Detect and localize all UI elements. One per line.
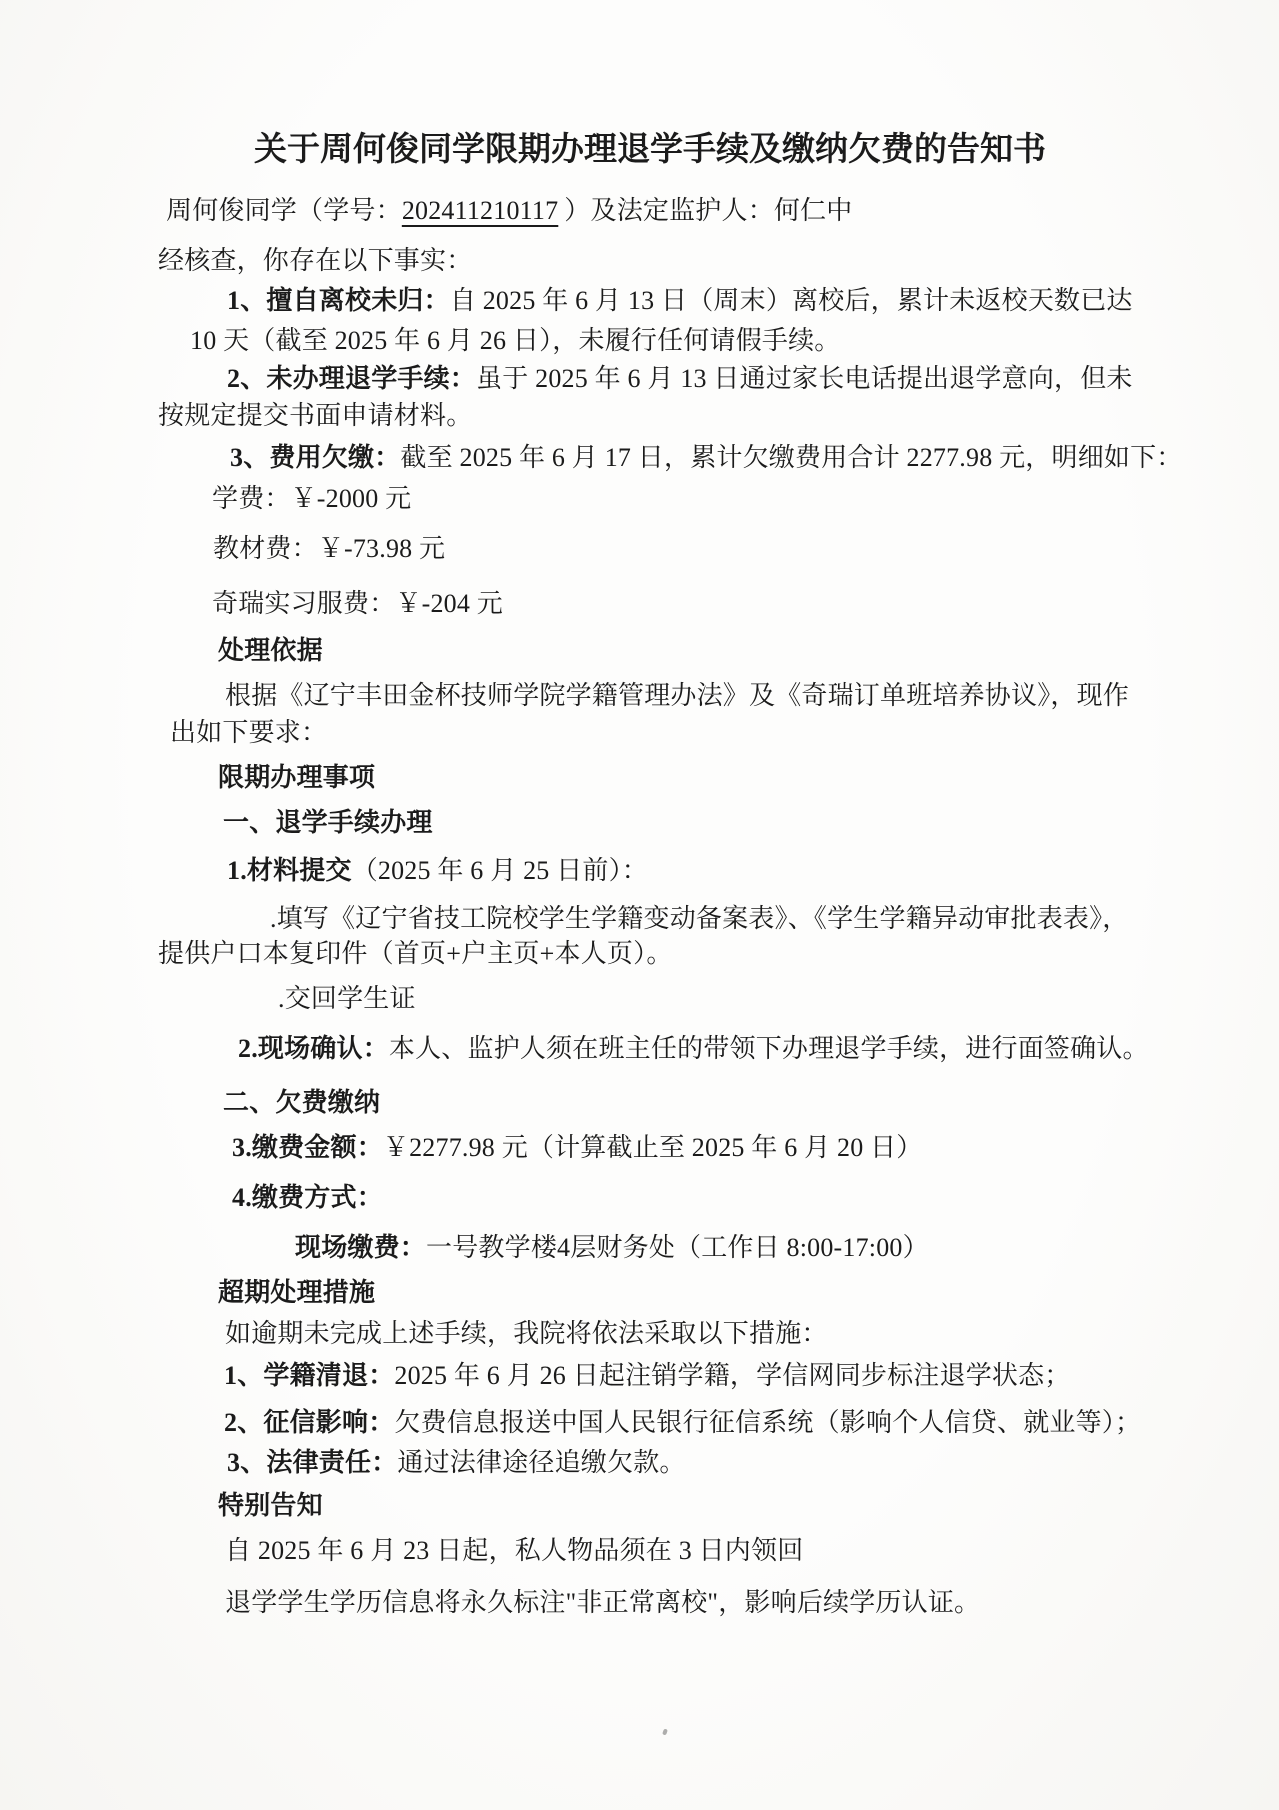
text-run: .交回学生证	[278, 984, 416, 1013]
text-run: ￥2277.98 元（计算截止至 2025 年 6 月 20 日）	[383, 1133, 923, 1162]
doc-line-deadline-heading: 限期办理事项	[218, 761, 375, 795]
doc-line-basis-line1: 根据《辽宁丰田金杯技师学院学籍管理办法》及《奇瑞订单班培养协议》，现作	[225, 679, 1129, 713]
text-run: 自 2025 年 6 月 13 日（周末）离校后，累计未返校天数已达	[450, 286, 1133, 315]
scan-speck-artifact	[662, 1728, 668, 1735]
text-run: 一号教学楼4层财务处（工作日 8:00-17:00）	[426, 1233, 929, 1262]
bold-label: 现场缴费：	[295, 1233, 426, 1262]
notice-page: 关于周何俊同学限期办理退学手续及缴纳欠费的告知书 周何俊同学（学号：202411…	[0, 0, 1279, 1810]
document-title: 关于周何俊同学限期办理退学手续及缴纳欠费的告知书	[0, 128, 1279, 172]
bold-label: 3、法律责任：	[227, 1448, 397, 1477]
doc-line-recipient: 周何俊同学（学号：202411210117）及法定监护人：何仁中	[166, 194, 853, 228]
doc-line-facts-intro: 经核查，你存在以下事实：	[158, 244, 472, 278]
doc-line-section-2: 二、欠费缴纳	[223, 1086, 380, 1120]
bold-label: 二、欠费缴纳	[223, 1088, 380, 1117]
bold-label: 2、未办理退学手续：	[227, 364, 476, 393]
text-run: （2025 年 6 月 25 日前）：	[352, 856, 648, 885]
doc-line-overdue-heading: 超期处理措施	[218, 1276, 375, 1310]
doc-line-materials-line2: 提供户口本复印件（首页+户主页+本人页）。	[158, 937, 673, 971]
text-run: 欠费信息报送中国人民银行征信系统（影响个人信贷、就业等）；	[394, 1408, 1141, 1437]
bold-label: 2.现场确认：	[238, 1034, 389, 1063]
doc-line-pay-onsite: 现场缴费：一号教学楼4层财务处（工作日 8:00-17:00）	[295, 1231, 929, 1265]
student-id-underlined: 202411210117	[402, 196, 564, 225]
doc-line-materials-line3: .交回学生证	[278, 982, 416, 1016]
text-run: 提供户口本复印件（首页+户主页+本人页）。	[158, 939, 673, 968]
doc-line-fact-1-line2: 10 天（截至 2025 年 6 月 26 日），未履行任何请假手续。	[190, 324, 841, 358]
doc-line-basis-heading: 处理依据	[218, 634, 323, 668]
bold-label: 一、退学手续办理	[223, 808, 433, 837]
bold-label: 1、擅自离校未归：	[227, 286, 450, 315]
doc-line-fee-textbook: 教材费：￥-73.98 元	[213, 532, 445, 566]
text-run: .填写《辽宁省技工院校学生学籍变动备案表》、《学生学籍异动审批表表》，	[270, 904, 1129, 933]
text-run: 通过法律途径追缴欠款。	[397, 1448, 685, 1477]
text-run: 出如下要求：	[170, 718, 327, 747]
bold-label: 处理依据	[218, 636, 323, 665]
doc-line-basis-line2: 出如下要求：	[170, 716, 327, 750]
doc-line-fee-tuition: 学费：￥-2000 元	[212, 482, 411, 516]
text-run: 退学学生学历信息将永久标注"非正常离校"，影响后续学历认证。	[225, 1588, 980, 1617]
bold-label: 3、费用欠缴：	[230, 443, 400, 472]
doc-line-sub-3-amount: 3.缴费金额：￥2277.98 元（计算截止至 2025 年 6 月 20 日）	[232, 1131, 923, 1165]
doc-line-section-1: 一、退学手续办理	[223, 806, 433, 840]
text-run: 根据《辽宁丰田金杯技师学院学籍管理办法》及《奇瑞订单班培养协议》，现作	[225, 681, 1129, 710]
doc-line-fact-2-line2: 按规定提交书面申请材料。	[158, 399, 472, 433]
text-run: 学费：￥-2000 元	[212, 484, 411, 513]
text-run: 奇瑞实习服费：￥-204 元	[212, 589, 503, 618]
text-run: 如逾期未完成上述手续，我院将依法采取以下措施：	[225, 1319, 828, 1348]
text-run: 本人、监护人须在班主任的带领下办理退学手续，进行面签确认。	[389, 1034, 1149, 1063]
text-run: ）及法定监护人：何仁中	[564, 196, 852, 225]
bold-label: 1、学籍清退：	[224, 1361, 394, 1390]
doc-line-sub-1-materials: 1.材料提交（2025 年 6 月 25 日前）：	[227, 854, 648, 888]
doc-line-fact-1-line1: 1、擅自离校未归：自 2025 年 6 月 13 日（周末）离校后，累计未返校天…	[227, 284, 1133, 318]
doc-line-materials-line1: .填写《辽宁省技工院校学生学籍变动备案表》、《学生学籍异动审批表表》，	[270, 902, 1129, 936]
doc-line-sub-4-method: 4.缴费方式：	[232, 1181, 383, 1215]
doc-line-special-line1: 自 2025 年 6 月 23 日起，私人物品须在 3 日内领回	[225, 1534, 803, 1568]
doc-line-measure-1: 1、学籍清退：2025 年 6 月 26 日起注销学籍，学信网同步标注退学状态；	[224, 1359, 1071, 1393]
doc-line-measure-2: 2、征信影响：欠费信息报送中国人民银行征信系统（影响个人信贷、就业等）；	[224, 1406, 1141, 1440]
doc-line-measure-3: 3、法律责任：通过法律途径追缴欠款。	[227, 1446, 686, 1480]
bold-label: 4.缴费方式：	[232, 1183, 383, 1212]
text-run: 2025 年 6 月 26 日起注销学籍，学信网同步标注退学状态；	[394, 1361, 1070, 1390]
doc-line-fact-3: 3、费用欠缴：截至 2025 年 6 月 17 日，累计欠缴费用合计 2277.…	[230, 441, 1183, 475]
text-run: 周何俊同学（学号：	[166, 196, 402, 225]
text-run: 自 2025 年 6 月 23 日起，私人物品须在 3 日内领回	[225, 1536, 803, 1565]
bold-label: 1.材料提交	[227, 856, 352, 885]
text-run: 截至 2025 年 6 月 17 日，累计欠缴费用合计 2277.98 元，明细…	[400, 443, 1182, 472]
doc-line-special-heading: 特别告知	[218, 1489, 323, 1523]
bold-label: 限期办理事项	[218, 763, 375, 792]
doc-line-fee-chery-internship: 奇瑞实习服费：￥-204 元	[212, 587, 503, 621]
doc-line-special-line2: 退学学生学历信息将永久标注"非正常离校"，影响后续学历认证。	[225, 1586, 980, 1620]
doc-line-sub-2-confirm: 2.现场确认：本人、监护人须在班主任的带领下办理退学手续，进行面签确认。	[238, 1032, 1149, 1066]
text-run: 10 天（截至 2025 年 6 月 26 日），未履行任何请假手续。	[190, 326, 841, 355]
text-run: 经核查，你存在以下事实：	[158, 246, 472, 275]
text-run: 按规定提交书面申请材料。	[158, 401, 472, 430]
text-run: 虽于 2025 年 6 月 13 日通过家长电话提出退学意向，但未	[476, 364, 1133, 393]
text-run: 教材费：￥-73.98 元	[213, 534, 445, 563]
doc-line-fact-2-line1: 2、未办理退学手续：虽于 2025 年 6 月 13 日通过家长电话提出退学意向…	[227, 362, 1133, 396]
bold-label: 特别告知	[218, 1491, 323, 1520]
bold-label: 超期处理措施	[218, 1278, 375, 1307]
bold-label: 2、征信影响：	[224, 1408, 394, 1437]
doc-line-overdue-intro: 如逾期未完成上述手续，我院将依法采取以下措施：	[225, 1317, 828, 1351]
bold-label: 3.缴费金额：	[232, 1133, 383, 1162]
